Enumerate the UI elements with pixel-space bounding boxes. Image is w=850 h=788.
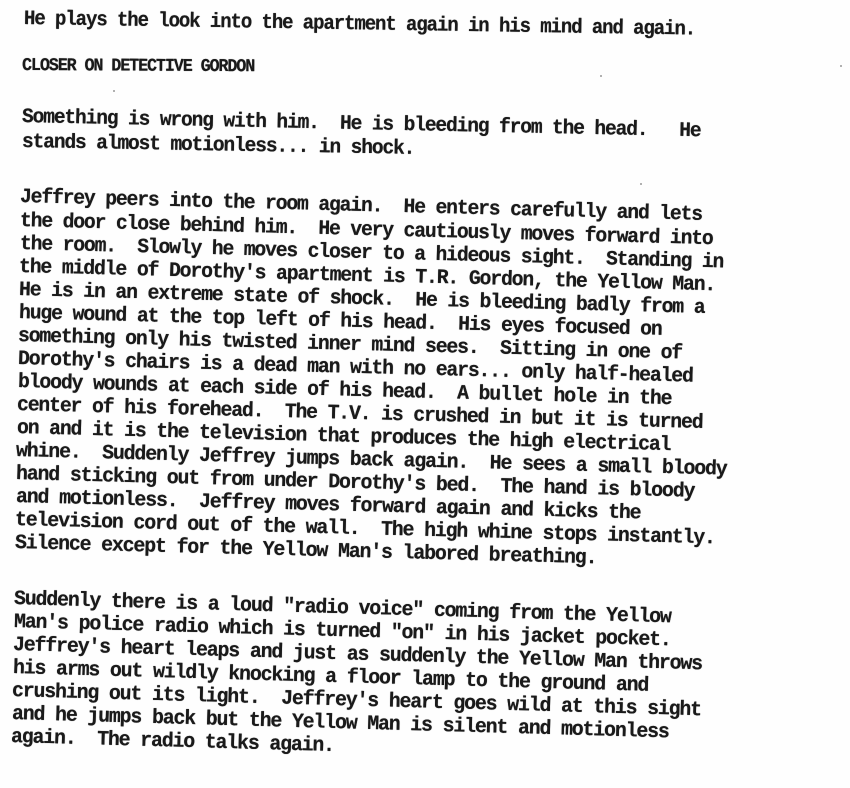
action-line: He plays the look into the apartment aga…	[24, 8, 695, 42]
scan-speck	[600, 75, 602, 77]
scan-speck	[840, 65, 842, 67]
scan-speck	[640, 183, 642, 185]
scan-speck	[113, 90, 115, 92]
scene-heading: CLOSER ON DETECTIVE GORDON	[22, 56, 254, 77]
document-page: He plays the look into the apartment aga…	[0, 0, 850, 788]
